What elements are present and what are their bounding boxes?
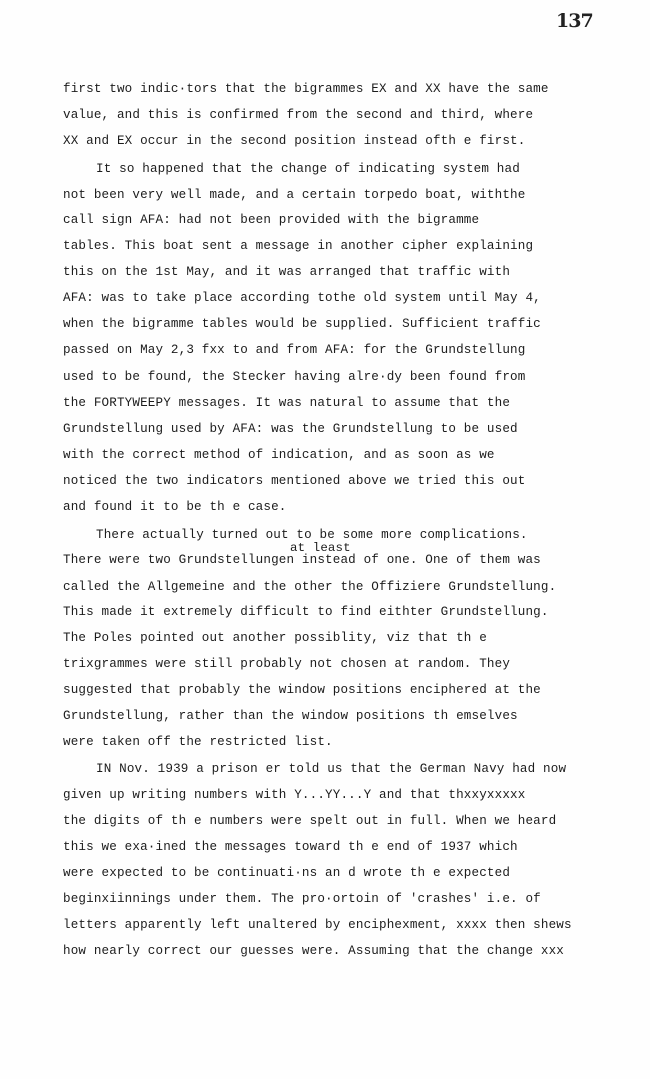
text-line: call sign AFA: had not been provided wit… [63,213,479,227]
text-line: given up writing numbers with Y...YY...Y… [63,788,525,802]
text-line: Grundstellung, rather than the window po… [63,709,518,723]
paragraph-start-line: IN Nov. 1939 a prison er told us that th… [96,762,566,776]
text-line: used to be found, the Stecker having alr… [63,370,525,384]
text-line: The Poles pointed out another possiblity… [63,631,487,645]
text-line: this on the 1st May, and it was arranged… [63,265,510,279]
text-line: value, and this is confirmed from the se… [63,108,533,122]
text-line: how nearly correct our guesses were. Ass… [63,944,564,958]
paragraph-start-line: There actually turned out to be some mor… [96,528,528,542]
text-line: the digits of th e numbers were spelt ou… [63,814,556,828]
text-line: this we exa·ined the messages toward th … [63,840,518,854]
paragraph-start-line: It so happened that the change of indica… [96,162,520,176]
text-line: This made it extremely difficult to find… [63,605,549,619]
text-line: beginxiinnings under them. The pro·ortoi… [63,892,541,906]
text-line: letters apparently left unaltered by enc… [63,918,572,932]
text-line: suggested that probably the window posit… [63,683,541,697]
text-line: AFA: was to take place according tothe o… [63,291,541,305]
text-line: when the bigramme tables would be suppli… [63,317,541,331]
text-line: with the correct method of indication, a… [63,448,495,462]
text-line: were taken off the restricted list. [63,735,333,749]
text-line: passed on May 2,3 fxx to and from AFA: f… [63,343,525,357]
page-number: 137 [556,10,593,32]
text-line: called the Allgemeine and the other the … [63,580,556,594]
text-line: the FORTYWEEPY messages. It was natural … [63,396,510,410]
text-line: noticed the two indicators mentioned abo… [63,474,525,488]
text-line: were expected to be continuati·ns an d w… [63,866,510,880]
text-line: and found it to be th e case. [63,500,287,514]
text-line: tables. This boat sent a message in anot… [63,239,533,253]
text-line: trixgrammes were still probably not chos… [63,657,510,671]
text-line: not been very well made, and a certain t… [63,188,525,202]
document-page: 137 first two indic·tors that the bigram… [0,0,650,1079]
text-line: Grundstellung used by AFA: was the Grund… [63,422,518,436]
text-line: first two indic·tors that the bigrammes … [63,82,549,96]
text-line: XX and EX occur in the second position i… [63,134,525,148]
text-line: There were two Grundstellungen instead o… [63,553,541,567]
